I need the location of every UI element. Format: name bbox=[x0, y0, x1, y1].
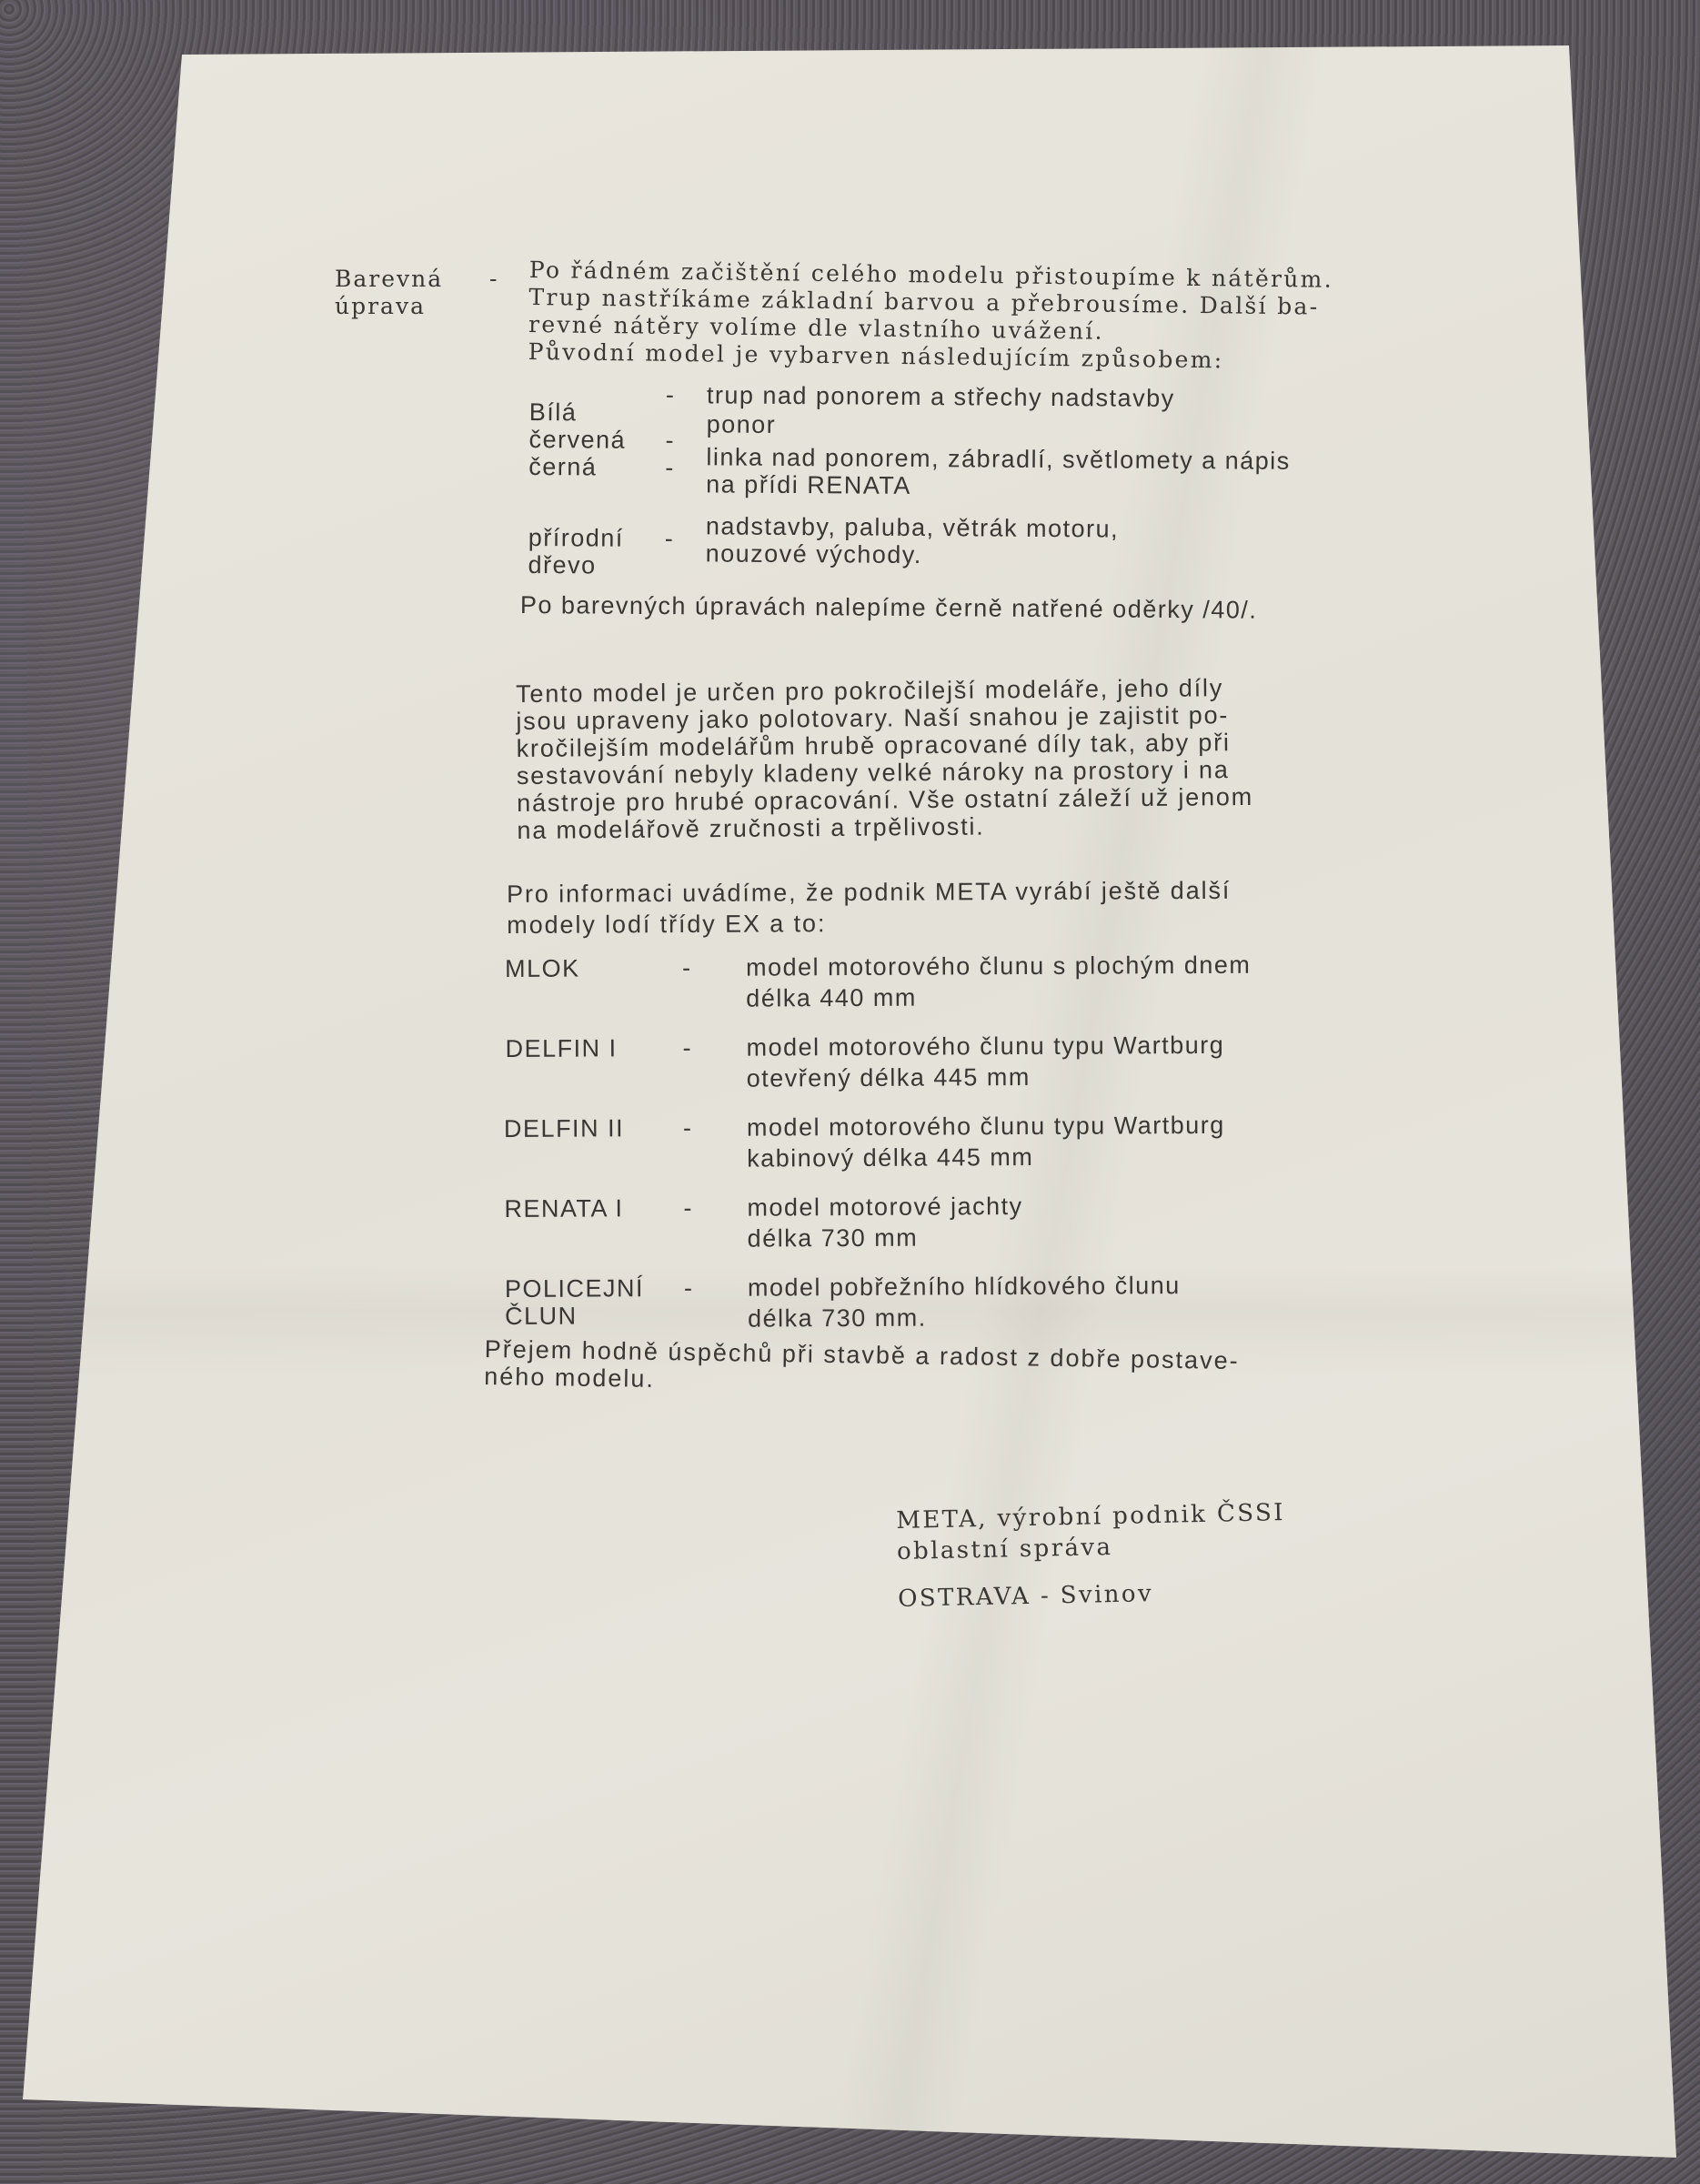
model-dash: - bbox=[682, 1034, 746, 1062]
color-name: Bílá bbox=[529, 380, 666, 427]
model-dash: - bbox=[684, 1274, 748, 1302]
fenders-note: Po barevných úpravách nalepíme černě nat… bbox=[520, 591, 1258, 625]
model-description: délka 730 mm bbox=[748, 1223, 1252, 1253]
info-line: Pro informaci uvádíme, že podnik META vy… bbox=[507, 877, 1231, 908]
model-name: DELFIN II bbox=[504, 1114, 683, 1142]
color-name: přírodní bbox=[528, 524, 665, 552]
model-row: DELFIN I - model motorového člunu typu W… bbox=[503, 1032, 1252, 1115]
models-list: MLOK - model motorového člunu s plochým … bbox=[503, 951, 1253, 1355]
color-parts: trup nad ponorem a střechy nadstavby bbox=[707, 381, 1292, 412]
model-name: MLOK bbox=[505, 954, 682, 982]
advanced-paragraph: Tento model je určen pro pokročilejší mo… bbox=[516, 674, 1253, 844]
color-row: černá - linka nad ponorem, zábradlí, svě… bbox=[528, 453, 1291, 502]
color-name: černá bbox=[528, 453, 665, 481]
info-intro: Pro informaci uvádíme, že podnik META vy… bbox=[507, 877, 1232, 939]
section-label-line: úprava bbox=[335, 293, 443, 320]
color-parts: nadstavby, paluba, větrák motoru, bbox=[706, 512, 1291, 543]
color-parts: na přídi RENATA bbox=[706, 470, 1291, 501]
model-dash: - bbox=[683, 1114, 747, 1142]
model-name: POLICEJNÍ bbox=[505, 1274, 684, 1303]
color-dash: - bbox=[665, 454, 706, 481]
color-dash: - bbox=[666, 381, 707, 408]
model-name: DELFIN I bbox=[505, 1034, 682, 1062]
section-dash: - bbox=[489, 266, 498, 292]
model-description: model motorového člunu s plochým dnem bbox=[746, 951, 1251, 981]
color-scheme: Bílá - trup nad ponorem a střechy nadsta… bbox=[528, 380, 1291, 584]
section-label-line: Barevná bbox=[335, 266, 443, 293]
model-description: model pobřežního hlídkového člunu bbox=[748, 1272, 1252, 1302]
color-dash: - bbox=[665, 525, 706, 552]
model-description: délka 440 mm bbox=[746, 982, 1251, 1012]
model-dash: - bbox=[682, 954, 746, 981]
model-dash: - bbox=[683, 1194, 747, 1222]
color-row: přírodní dřevo - nadstavby, paluba, větr… bbox=[528, 497, 1290, 584]
color-name: dřevo bbox=[528, 551, 664, 579]
color-name: červená bbox=[528, 426, 665, 454]
model-row: RENATA I - model motorové jachty délka 7… bbox=[504, 1192, 1252, 1275]
color-dash: - bbox=[665, 427, 706, 454]
section-label: Barevná úprava bbox=[335, 266, 443, 320]
model-description: kabinový délka 445 mm bbox=[747, 1142, 1252, 1173]
info-line: modely lodí třídy EX a to: bbox=[507, 908, 1231, 939]
signature-block: META, výrobní podnik ČSSI oblastní správ… bbox=[896, 1497, 1287, 1615]
model-name: RENATA I bbox=[504, 1194, 683, 1223]
model-description: model motorové jachty bbox=[747, 1192, 1252, 1222]
color-parts: ponor bbox=[707, 410, 1292, 441]
model-row: MLOK - model motorového člunu s plochým … bbox=[503, 951, 1252, 1035]
color-parts: linka nad ponorem, zábradlí, světlomety … bbox=[706, 443, 1291, 474]
model-name: ČLUN bbox=[505, 1302, 684, 1330]
model-description: model motorového člunu typu Wartburg bbox=[746, 1032, 1251, 1062]
model-description: délka 730 mm. bbox=[748, 1303, 1252, 1333]
painting-intro: Po řádném začištění celého modelu přisto… bbox=[528, 257, 1334, 376]
color-parts: nouzové východy. bbox=[706, 539, 1291, 570]
model-row: DELFIN II - model motorového člunu typu … bbox=[504, 1112, 1252, 1195]
model-description: otevřený délka 445 mm bbox=[747, 1062, 1252, 1092]
model-description: model motorového člunu typu Wartburg bbox=[747, 1112, 1252, 1142]
